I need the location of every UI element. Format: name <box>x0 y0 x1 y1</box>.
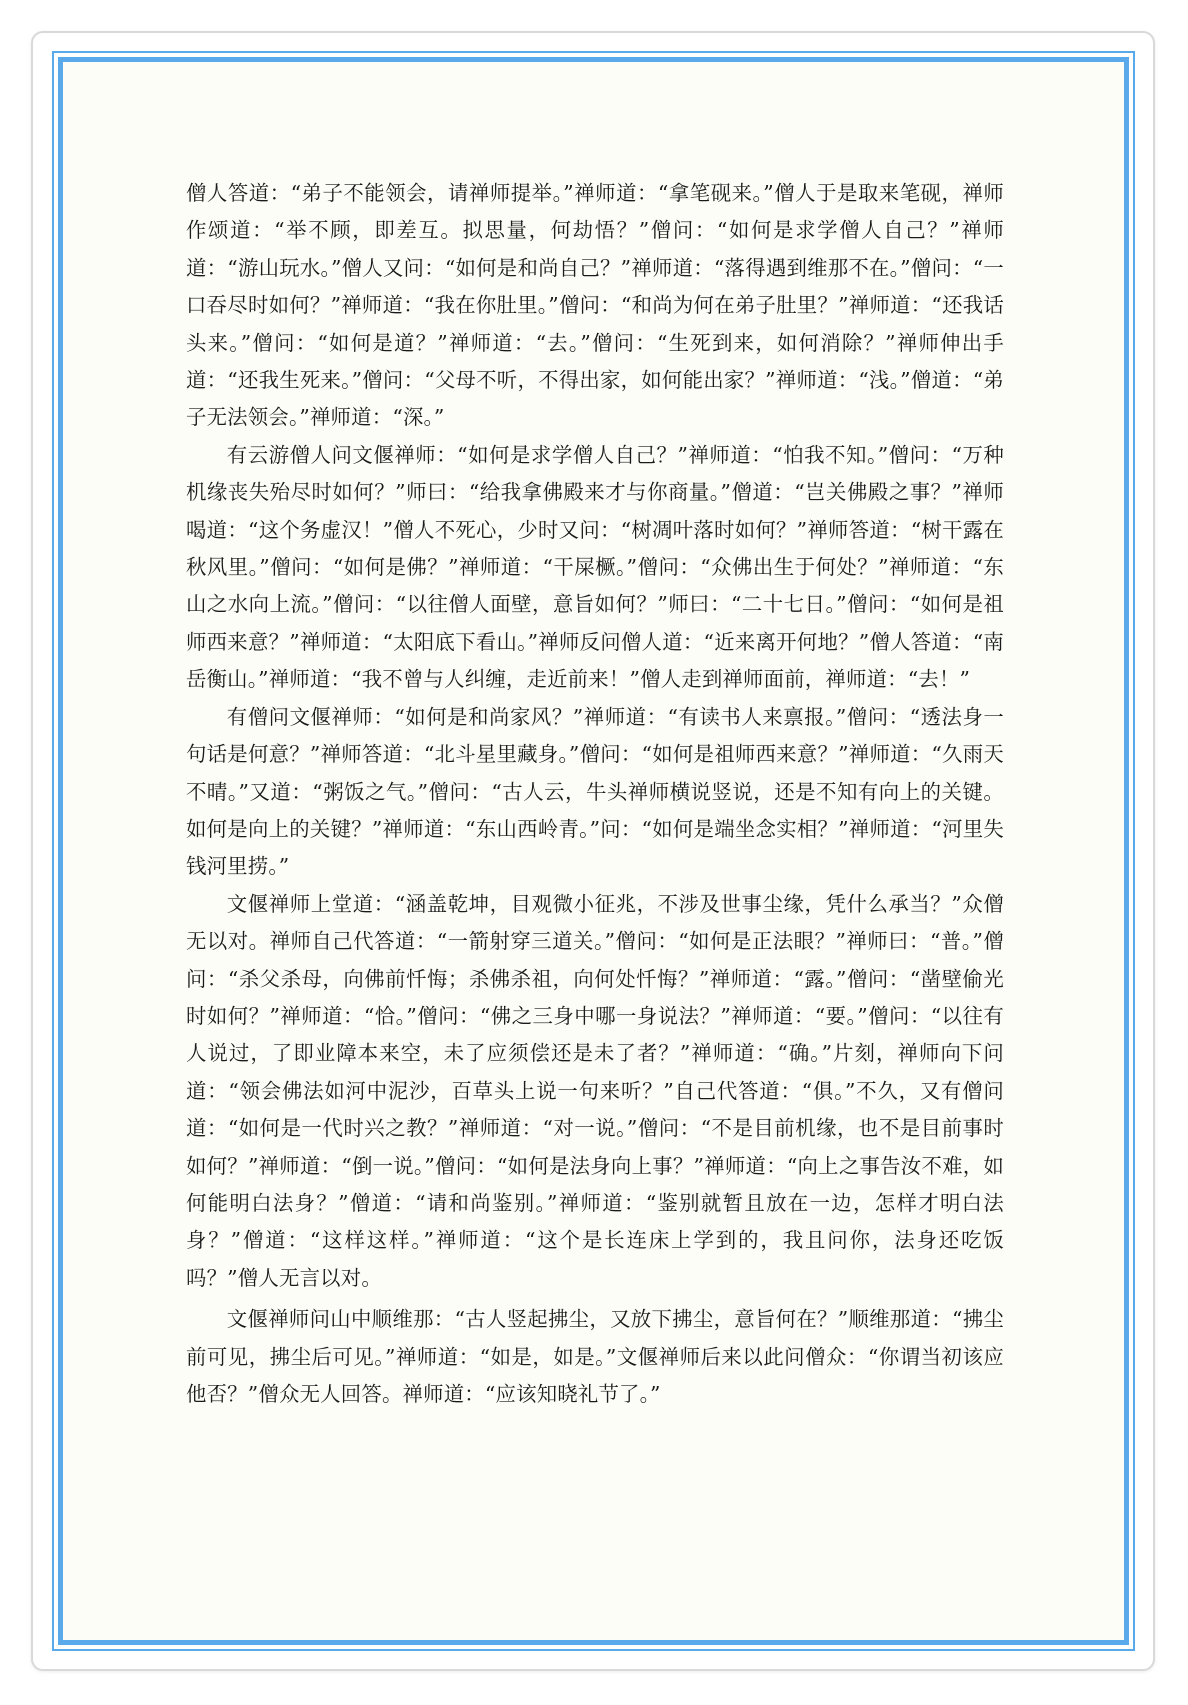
paragraph-4: 文偃禅师上堂道：“涵盖乾坤，目观微小征兆，不涉及世事尘缘，凭什么承当？”众僧无以… <box>186 886 1004 1297</box>
paragraph-3: 有僧问文偃禅师：“如何是和尚家风？”禅师道：“有读书人来禀报。”僧问：“透法身一… <box>186 699 1004 886</box>
document-body: 僧人答道：“弟子不能领会，请禅师提举。”禅师道：“拿笔砚来。”僧人于是取来笔砚，… <box>186 175 1004 1413</box>
paragraph-2: 有云游僧人问文偃禅师：“如何是求学僧人自己？”禅师道：“怕我不知。”僧问：“万种… <box>186 437 1004 699</box>
paragraph-1: 僧人答道：“弟子不能领会，请禅师提举。”禅师道：“拿笔砚来。”僧人于是取来笔砚，… <box>186 175 1004 437</box>
paragraph-5: 文偃禅师问山中顺维那：“古人竖起拂尘，又放下拂尘，意旨何在？”顺维那道：“拂尘前… <box>186 1301 1004 1413</box>
